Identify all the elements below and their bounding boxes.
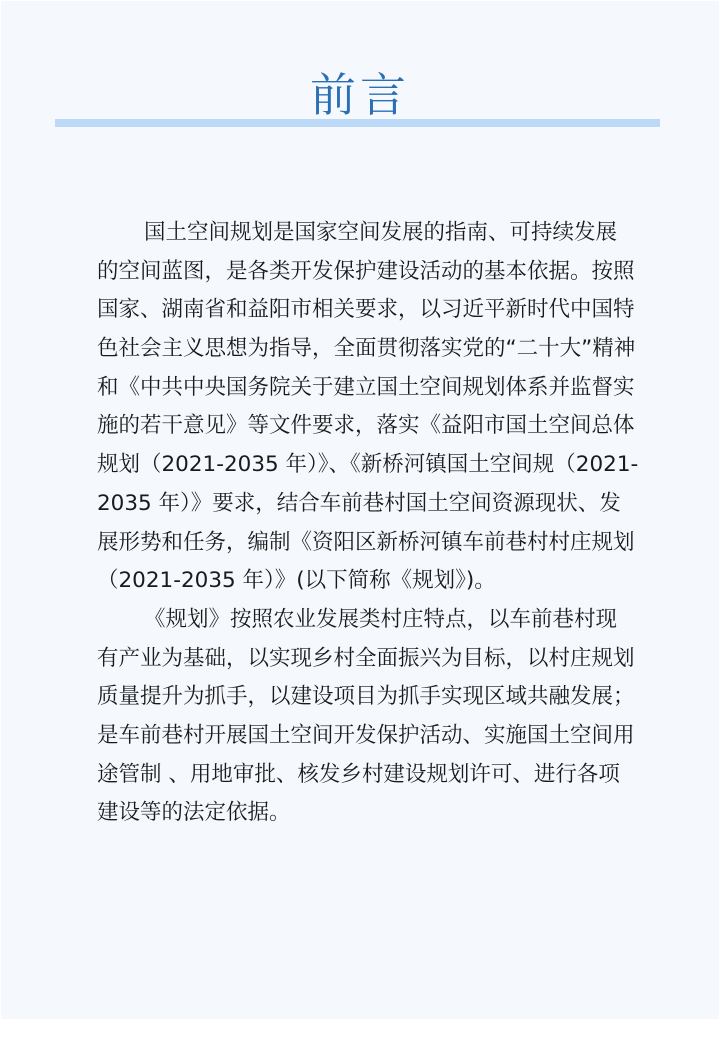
text-line: 2035 年）》要求，结合车前巷村国土空间资源现状、发: [97, 485, 637, 524]
paragraph-1: 国土空间规划是国家空间发展的指南、可持续发展 的空间蓝图，是各类开发保护建设活动…: [97, 214, 637, 601]
paragraph-2: 《规划》按照农业发展类村庄特点，以车前巷村现 有产业为基础，以实现乡村全面振兴为…: [97, 601, 637, 833]
text-line: 是车前巷村开展国土空间开发保护活动、实施国土空间用: [97, 717, 637, 756]
document-page: 前言 国土空间规划是国家空间发展的指南、可持续发展 的空间蓝图，是各类开发保护建…: [1, 1, 719, 1019]
text-line: 质量提升为抓手，以建设项目为抓手实现区域共融发展；: [97, 678, 637, 717]
text-line: 国家、湖南省和益阳市相关要求，以习近平新时代中国特: [97, 291, 637, 330]
page-title: 前言: [1, 67, 719, 123]
text-line: 途管制 、用地审批、核发乡村建设规划许可、进行各项: [97, 756, 637, 795]
text-line: 《规划》按照农业发展类村庄特点，以车前巷村现: [97, 601, 637, 640]
text-line: 建设等的法定依据。: [97, 794, 637, 833]
text-line: 规划（2021-2035 年）》、《新桥河镇国土空间规（2021-: [97, 446, 637, 485]
text-line: 和《中共中央国务院关于建立国土空间规划体系并监督实: [97, 369, 637, 408]
text-line: （2021-2035 年）》(以下简称《规划》)。: [97, 562, 637, 601]
text-line: 国土空间规划是国家空间发展的指南、可持续发展: [97, 214, 637, 253]
text-line: 展形势和任务，编制《资阳区新桥河镇车前巷村村庄规划: [97, 524, 637, 563]
text-line: 的空间蓝图，是各类开发保护建设活动的基本依据。按照: [97, 253, 637, 292]
text-line: 有产业为基础，以实现乡村全面振兴为目标，以村庄规划: [97, 640, 637, 679]
document-body: 国土空间规划是国家空间发展的指南、可持续发展 的空间蓝图，是各类开发保护建设活动…: [97, 214, 637, 833]
title-underline-bar: [55, 119, 660, 127]
text-line: 施的若干意见》等文件要求，落实《益阳市国土空间总体: [97, 407, 637, 446]
text-line: 色社会主义思想为指导，全面贯彻落实党的“二十大”精神: [97, 330, 637, 369]
